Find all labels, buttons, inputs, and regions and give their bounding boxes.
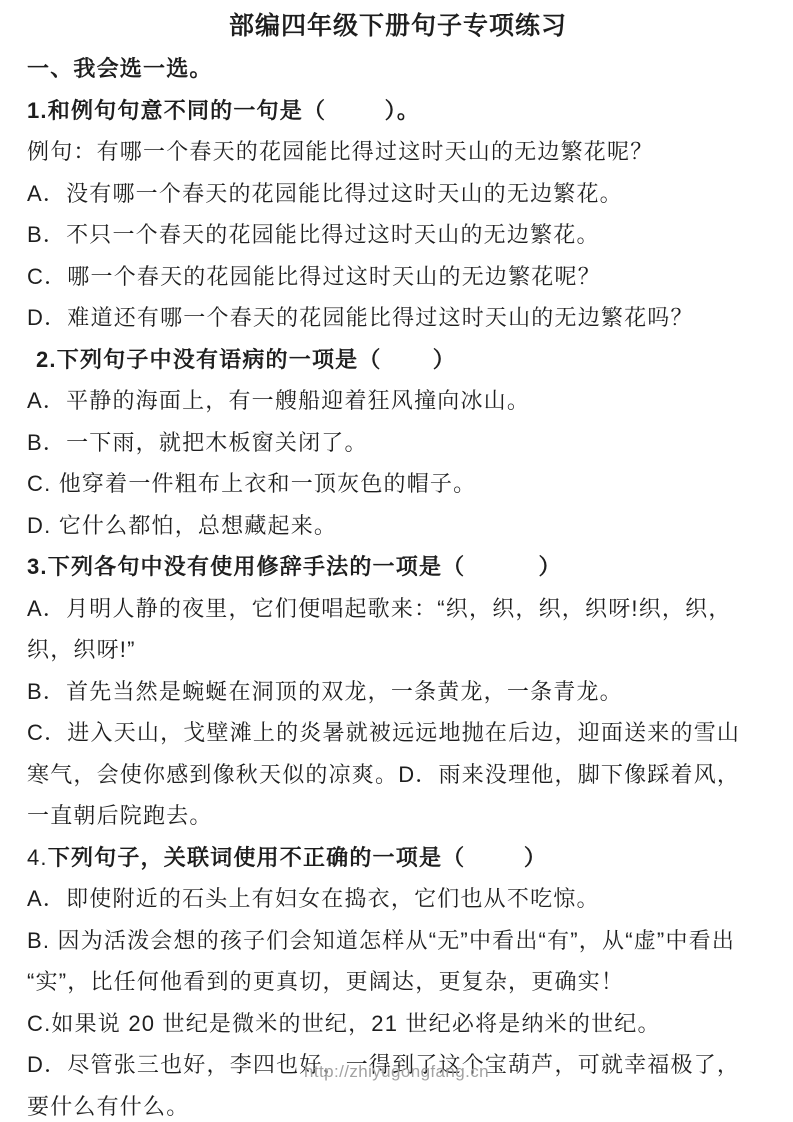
- question-4-prompt-text: 下列句子，关联词使用不正确的一项是（ ）: [48, 845, 547, 870]
- question-3-option-c: C．进入天山，戈壁滩上的炎暑就被远远地抛在后边，迎面送来的雪山: [27, 712, 769, 754]
- question-1-option-d: D．难道还有哪一个春天的花园能比得过这时天山的无边繁花吗？: [27, 297, 769, 339]
- question-3-option-c-d-cont: 寒气，会使你感到像秋天似的凉爽。D．雨来没理他，脚下像踩着风，: [27, 754, 769, 796]
- question-4-number: 4.: [27, 845, 48, 870]
- watermark-url: http://zhiyugongfang.cn: [0, 1062, 793, 1082]
- section-heading: 一、我会选一选。: [27, 48, 769, 90]
- question-3-option-b: B．首先当然是蜿蜒在洞顶的双龙，一条黄龙，一条青龙。: [27, 671, 769, 713]
- page-title: 部编四年级下册句子专项练习: [27, 4, 769, 48]
- question-1-option-c: C．哪一个春天的花园能比得过这时天山的无边繁花呢？: [27, 256, 769, 298]
- question-4-option-b: B. 因为活泼会想的孩子们会知道怎样从“无”中看出“有”，从“虚”中看出: [27, 920, 769, 962]
- question-4-option-a: A．即使附近的石头上有妇女在捣衣，它们也从不吃惊。: [27, 878, 769, 920]
- question-2-option-c: C. 他穿着一件粗布上衣和一顶灰色的帽子。: [27, 463, 769, 505]
- question-2-option-b: B．一下雨，就把木板窗关闭了。: [27, 422, 769, 464]
- question-1-prompt: 1.和例句句意不同的一句是（ ）。: [27, 90, 769, 132]
- question-3-option-a: A．月明人静的夜里，它们便唱起歌来：“织，织，织，织呀!织，织，: [27, 588, 769, 630]
- question-2-option-a: A．平静的海面上，有一艘船迎着狂风撞向冰山。: [27, 380, 769, 422]
- question-1-option-b: B．不只一个春天的花园能比得过这时天山的无边繁花。: [27, 214, 769, 256]
- question-4-option-c: C.如果说 20 世纪是微米的世纪，21 世纪必将是纳米的世纪。: [27, 1003, 769, 1045]
- question-1-option-a: A．没有哪一个春天的花园能比得过这时天山的无边繁花。: [27, 173, 769, 215]
- worksheet-page: 部编四年级下册句子专项练习 一、我会选一选。 1.和例句句意不同的一句是（ ）。…: [0, 0, 793, 1122]
- question-4-prompt: 4.下列句子，关联词使用不正确的一项是（ ）: [27, 837, 769, 879]
- question-3-option-d-cont: 一直朝后院跑去。: [27, 795, 769, 837]
- example-sentence: 例句：有哪一个春天的花园能比得过这时天山的无边繁花呢？: [27, 131, 769, 173]
- question-3-prompt: 3.下列各句中没有使用修辞手法的一项是（ ）: [27, 546, 769, 588]
- question-3-option-a-cont: 织，织呀!”: [27, 629, 769, 671]
- question-4-option-b-cont: “实”，比任何他看到的更真切，更阔达，更复杂，更确实！: [27, 961, 769, 1003]
- question-4-option-d-cont: 要什么有什么。: [27, 1086, 769, 1122]
- question-2-option-d: D. 它什么都怕，总想藏起来。: [27, 505, 769, 547]
- question-2-prompt: 2.下列句子中没有语病的一项是（ ）: [27, 339, 769, 381]
